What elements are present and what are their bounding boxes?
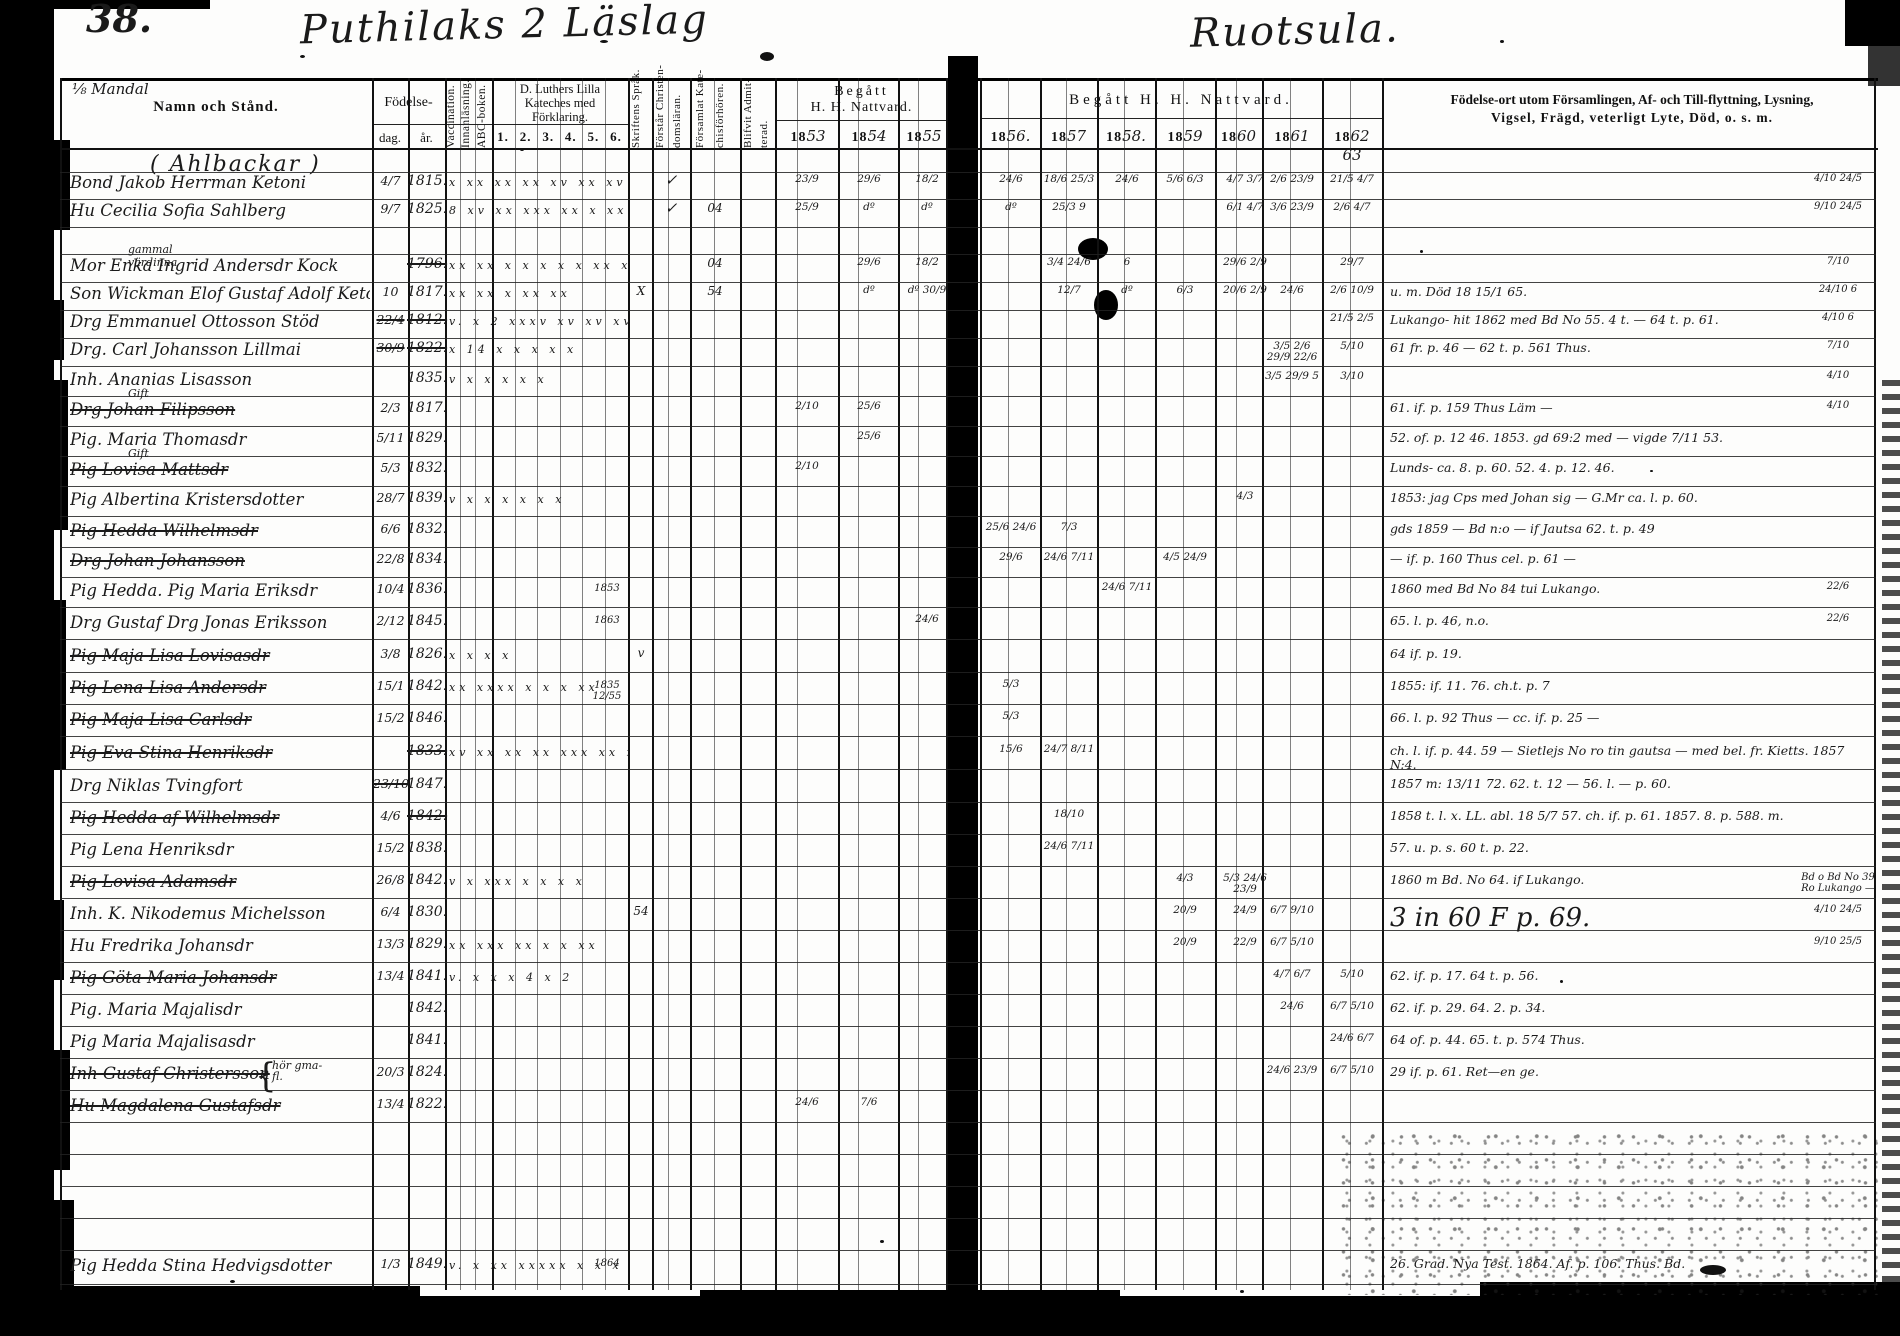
kateches-subcolumn-number: 3. (537, 129, 559, 145)
entry-birth-year: 1841. (407, 968, 447, 984)
entry-communion-date: 6/3 (1157, 285, 1213, 296)
entry-birth-year: 1847. (407, 776, 447, 792)
right-edge-scan-streaks (1882, 380, 1900, 1292)
entry-birth-year: 1822. (407, 1096, 447, 1112)
entry-name: Pig Albertina Kristersdotter (70, 490, 370, 509)
entry-birth-day: 2/12 (373, 613, 408, 628)
entry-communion-date: 24/7 8/11 (1041, 744, 1097, 755)
entry-note: 64 of. p. 44. 65. t. p. 574 Thus. (1390, 1033, 1868, 1047)
entry-catechism-exam-mark: 04 (692, 201, 738, 215)
entry-name: Drg Emmanuel Ottosson Stöd (70, 312, 370, 331)
row-line (60, 639, 1876, 640)
row-line (60, 547, 1876, 548)
entry-margin-mark: 4/10 24/5 (1800, 904, 1876, 915)
kateches-subcolumn-number: 5. (582, 129, 604, 145)
entry-communion-date: 2/6 10/9 (1324, 285, 1380, 296)
table-top-border (60, 78, 1878, 81)
entry-communion-date: 18/2 (899, 257, 955, 268)
entry-mid-note: 1835 12/55 (584, 680, 630, 702)
entry-note: gds 1859 — Bd n:o — if Jautsa 62. t. p. … (1390, 522, 1868, 536)
entry-communion-date: 5/3 24/6 23/9 (1217, 873, 1273, 895)
entry-note: u. m. Död 18 15/1 65. (1390, 285, 1868, 299)
row-line (60, 516, 1876, 517)
entry-communion-date: 5/10 (1324, 969, 1380, 980)
entry-name: Pig Maja Lisa Carlsdr (70, 710, 370, 729)
entry-margin-mark: 9/10 24/5 (1800, 201, 1876, 212)
entry-reading-marks: x x x x (449, 649, 629, 662)
entry-margin-mark: 9/10 25/5 (1800, 936, 1876, 947)
entry-birth-year: 1849. (407, 1256, 447, 1272)
entry-communion-date: dº (983, 202, 1039, 213)
entry-mid-note: 1853 (584, 583, 630, 594)
entry-birth-day: 1/3 (373, 1256, 408, 1271)
entry-communion-date: 6/7 5/10 (1264, 937, 1320, 948)
year-prefix: 18 (1274, 130, 1290, 145)
row-line (60, 282, 1876, 283)
entry-birth-day: 13/4 (373, 1096, 408, 1111)
year-suffix-handwritten: 56. (1007, 127, 1031, 145)
year-suffix-handwritten: 61 (1290, 127, 1309, 145)
entry-name: Pig Lena Henriksdr (70, 840, 370, 859)
entry-name: Drg Johan Filipsson (70, 400, 370, 419)
scan-blotch (54, 140, 70, 230)
entry-reading-marks: v. x 2 xxxv xv xv xv xv (449, 315, 629, 328)
row-line (60, 994, 1876, 995)
row-line (60, 486, 1876, 487)
entry-communion-date: 2/10 (779, 461, 835, 472)
year-suffix-handwritten: 53 (806, 127, 825, 145)
entry-margin-mark: 22/6 (1800, 613, 1876, 624)
column-line (652, 78, 654, 1290)
entry-birth-day: 3/8 (373, 646, 408, 661)
scan-blotch (54, 1050, 70, 1170)
entry-name: Hu Magdalena Gustafsdr (70, 1096, 370, 1115)
entry-communion-date: 24/6 7/11 (1041, 841, 1097, 852)
entry-note: 61. if. p. 159 Thus Läm — (1390, 401, 1868, 415)
year-suffix-handwritten: 59 (1183, 127, 1202, 145)
village-title-right: Ruotsula. (1189, 5, 1400, 56)
entry-birth-year: 1815. (407, 173, 447, 189)
entry-note: 65. l. p. 46, n.o. (1390, 614, 1868, 628)
entry-communion-date: 6 (1099, 257, 1155, 268)
row-line (60, 1122, 1876, 1123)
kateches-subcolumn-number: 4. (560, 129, 582, 145)
entry-reading-marks: v. x x x 4 x 2 (449, 971, 629, 984)
entry-name: Pig Hedda Wilhelmsdr (70, 521, 370, 540)
row-line (60, 396, 1876, 397)
entry-note: ch. l. if. p. 44. 59 — Sietlejs No ro ti… (1390, 744, 1868, 772)
entry-margin-mark: 4/10 24/5 (1800, 173, 1876, 184)
entry-communion-date: 24/6 23/9 (1264, 1065, 1320, 1076)
entry-annotation-above: gammal värdinna (128, 243, 177, 269)
entry-birth-year: 1836. (407, 581, 447, 597)
entry-birth-year: 1830. (407, 904, 447, 920)
header-bottom-border (60, 148, 1878, 150)
year-prefix: 18 (1167, 130, 1183, 145)
year-prefix: 18 (851, 130, 867, 145)
entry-margin-mark: 7/10 (1800, 256, 1876, 267)
row-line (60, 1090, 1876, 1091)
entry-name: Pig Maria Majalisasdr (70, 1032, 370, 1051)
row-line (60, 426, 1876, 427)
scan-speck (1420, 250, 1423, 253)
row-line (60, 338, 1876, 339)
entry-note: 66. l. p. 92 Thus — cc. if. p. 25 — (1390, 711, 1868, 725)
entry-birth-day: 5/11 (373, 430, 408, 445)
row-line (60, 1250, 1876, 1251)
entry-communion-date: 6/7 5/10 (1324, 1001, 1380, 1012)
row-line (60, 704, 1876, 705)
scan-blotch (54, 900, 64, 980)
entry-mid-note: 1864 (584, 1258, 630, 1269)
entry-communion-date: 29/6 (983, 552, 1039, 563)
entry-communion-date: 18/10 (1041, 809, 1097, 820)
column-header-communion-left-line1: Begått (775, 84, 948, 100)
entry-communion-date: 6/7 5/10 (1324, 1065, 1380, 1076)
row-line (60, 1058, 1876, 1059)
entry-reading-marks: v x xxx x x x x (449, 875, 629, 888)
entry-birth-year: 1846. (407, 710, 447, 726)
row-line (60, 672, 1876, 673)
entry-birth-year: 1817. (407, 284, 447, 300)
entry-birth-year: 1826. (407, 646, 447, 662)
entry-note: Lukango- hit 1862 med Bd No 55. 4 t. — 6… (1390, 313, 1868, 327)
entry-birth-day: 5/3 (373, 460, 408, 475)
column-line (980, 78, 982, 1290)
page-number: 38. (86, 0, 152, 41)
entry-birth-day: 6/4 (373, 904, 408, 919)
entry-communion-date: 24/6 (1099, 174, 1155, 185)
entry-birth-year: 1829. (407, 430, 447, 446)
row-line (60, 310, 1876, 311)
entry-scripture-mark: 54 (630, 904, 652, 918)
entry-birth-year: 1796. (407, 256, 447, 272)
scan-blotch (54, 300, 64, 360)
entry-name: Hu Fredrika Johansdr (70, 936, 370, 955)
entry-catechism-exam-mark: 54 (692, 284, 738, 298)
year-prefix: 18 (1106, 130, 1122, 145)
entry-reading-marks: xx xx x x x x x xx xx (449, 259, 629, 272)
scan-speck (760, 52, 774, 61)
entry-note: 1853: jag Cps med Johan sig — G.Mr ca. l… (1390, 491, 1868, 505)
entry-birth-year: 1838. (407, 840, 447, 856)
entry-birth-day: 2/3 (373, 400, 408, 415)
entry-birth-day: 22/8 (373, 551, 408, 566)
year-suffix-handwritten: 55 (922, 127, 941, 145)
entry-name: Drg Niklas Tvingfort (70, 776, 370, 795)
entry-name: Mor Enka Ingrid Andersdr Kock (70, 256, 370, 275)
entry-name: Pig Lovisa Adamsdr (70, 872, 370, 891)
row-line (60, 1186, 1876, 1187)
entry-name: Pig Hedda af Wilhelmsdr (70, 808, 370, 827)
entry-communion-date: 7/3 (1041, 522, 1097, 533)
entry-birth-year: 1833. (407, 743, 447, 759)
entry-communion-date: 25/6 24/6 (983, 522, 1039, 533)
entry-communion-date: dº (899, 202, 955, 213)
entry-communion-date: 3/6 23/9 (1264, 202, 1320, 213)
year-header-1860s: 1860 (1218, 127, 1259, 146)
scan-speck (1500, 40, 1504, 43)
entry-name: Pig Lovisa Mattsdr (70, 460, 370, 479)
row-line (60, 962, 1876, 963)
column-line (1382, 78, 1384, 1290)
row-line (60, 1218, 1876, 1219)
row-line (60, 456, 1876, 457)
column-header-admitted-line1: Blifvit Admit- (742, 80, 758, 148)
entry-communion-date: 3/5 2/6 29/9 22/6 (1264, 341, 1320, 363)
entry-annotation-above: Gift (128, 387, 149, 400)
entry-birth-year: 1835. (407, 370, 447, 386)
column-header-catechism-exam-line2: chisförhören. (714, 80, 734, 148)
entry-margin-mark: 24/10 6 (1800, 284, 1876, 295)
entry-communion-date: 24/6 7/11 (1041, 552, 1097, 563)
year-suffix-handwritten: 57 (1067, 127, 1086, 145)
row-line (60, 199, 1876, 200)
column-line (838, 78, 840, 1290)
row-line (60, 577, 1876, 578)
column-header-name: Namn och Stånd. (60, 99, 372, 116)
entry-birth-day: 23/10 (373, 776, 408, 791)
column-header-notes-line1: Födelse-ort utom Församlingen, Af- och T… (1386, 92, 1878, 108)
column-subline (797, 78, 798, 1290)
entry-birth-year: 1817. (407, 400, 447, 416)
entry-communion-date: 24/6 7/11 (1099, 582, 1155, 593)
entry-communion-date: 15/6 (983, 744, 1039, 755)
entry-note: 29 if. p. 61. Ret—en ge. (1390, 1065, 1868, 1079)
entry-communion-date: 18/2 (899, 174, 955, 185)
entry-communion-date: 4/7 6/7 (1264, 969, 1320, 980)
entry-communion-date: 3/5 29/9 5 (1264, 371, 1320, 382)
entry-communion-date: 2/10 (779, 401, 835, 412)
entry-birth-day: 26/8 (373, 872, 408, 887)
entry-name: Drg. Carl Johansson Lillmai (70, 340, 370, 359)
entry-understands-check: ✓ (654, 199, 688, 217)
entry-margin-mark: 4/10 (1800, 370, 1876, 381)
entry-name: Son Wickman Elof Gustaf Adolf Ketoni (70, 284, 370, 303)
year-prefix: 18 (991, 130, 1007, 145)
entry-note: 52. of. p. 12 46. 1853. gd 69:2 med — vi… (1390, 431, 1868, 445)
entry-birth-day: 13/4 (373, 968, 408, 983)
entry-birth-year: 1832. (407, 521, 447, 537)
entry-birth-year: 1832. (407, 460, 447, 476)
row-line (60, 607, 1876, 608)
entry-birth-year: 1825. (407, 201, 447, 217)
entry-birth-day: 15/2 (373, 840, 408, 855)
entry-birth-day: 10 (373, 284, 408, 299)
left-edge-scan-border (0, 0, 54, 1336)
entry-birth-year: 1842. (407, 678, 447, 694)
entry-communion-date: 4/3 (1217, 491, 1273, 502)
entry-scripture-mark: X (630, 284, 652, 298)
scanned-parish-register-page: 38. Puthilaks 2 Läslag Ruotsula. ⅛ Manda… (0, 0, 1900, 1336)
entry-birth-year: 1842. (407, 1000, 447, 1016)
entry-communion-date: dº 30/9 (899, 285, 955, 296)
column-header-birth-year: år. (408, 130, 445, 146)
entry-communion-date: dº (841, 202, 897, 213)
entry-birth-year: 1829. (407, 936, 447, 952)
entry-name: Inh. K. Nikodemus Michelsson (70, 904, 370, 923)
column-header-communion-left-line2: H. H. Nattvard. (775, 100, 948, 116)
entry-note: 64 if. p. 19. (1390, 647, 1868, 661)
village-title-left: Puthilaks 2 Läslag (299, 0, 709, 53)
entry-communion-date: 24/6 (1264, 285, 1320, 296)
entry-communion-date: 6/7 9/10 (1264, 905, 1320, 916)
year-suffix-handwritten: 54 (867, 127, 886, 145)
entry-communion-date: 29/7 (1324, 257, 1380, 268)
entry-communion-date: 25/3 9 (1041, 202, 1097, 213)
entry-communion-date: 5/6 6/3 (1157, 174, 1213, 185)
entry-name: Inh. Ananias Lisasson (70, 370, 370, 389)
row-line (60, 1154, 1876, 1155)
year-header-1860s: 1859 (1158, 127, 1212, 146)
entry-margin-mark: 4/10 (1800, 400, 1876, 411)
entry-reading-marks: 8 xv xx xxx xx x xx xx x (449, 204, 629, 217)
entry-name: Pig Lena Lisa Andersdr (70, 678, 370, 697)
year-header-1850s: 1853 (781, 127, 835, 146)
entry-communion-date: 5/3 (983, 679, 1039, 690)
entry-name: Bond Jakob Herrman Ketoni (70, 173, 370, 192)
entry-scripture-mark: v (630, 646, 652, 660)
column-header-understands-line2: domsläran. (671, 80, 688, 148)
entry-communion-date: 29/6 (841, 174, 897, 185)
entry-reading-marks: v x x x x x (449, 373, 629, 386)
header-sub-border (372, 124, 628, 125)
year-prefix: 18 (790, 130, 806, 145)
scan-speck (880, 1240, 884, 1243)
kateches-subcolumn-number: 2. (515, 129, 537, 145)
entry-birth-year: 1824. (407, 1064, 447, 1080)
bottom-edge-scan-border (0, 1296, 1900, 1336)
scan-blotch (54, 1200, 74, 1296)
entry-brace-note: hör gma- fl. (272, 1060, 332, 1082)
entry-birth-day: 6/6 (373, 521, 408, 536)
entry-communion-date: 18/6 25/3 (1041, 174, 1097, 185)
row-line (60, 227, 1876, 228)
scan-speck (1650, 470, 1653, 472)
entry-communion-date: 2/6 23/9 (1264, 174, 1320, 185)
entry-communion-date: 29/6 2/9 (1217, 257, 1273, 268)
column-subline (668, 78, 669, 1290)
scan-speck (520, 148, 524, 151)
entry-catechism-exam-mark: 04 (692, 256, 738, 270)
column-header-birth-day: dag. (372, 130, 408, 146)
center-gutter-shadow (948, 56, 978, 1294)
entry-communion-date: 24/6 (899, 614, 955, 625)
entry-note: 1857 m: 13/11 72. 62. t. 12 — 56. l. — p… (1390, 777, 1868, 791)
row-line (60, 866, 1876, 867)
header-sub-border (775, 120, 948, 121)
entry-communion-date: 21/5 4/7 (1324, 174, 1380, 185)
column-header-catechism-exam-line1: Församlat Kate- (694, 80, 714, 148)
column-line (740, 78, 742, 1290)
entry-communion-date: 4/3 (1157, 873, 1213, 884)
entry-birth-day: 4/6 (373, 808, 408, 823)
entry-birth-day: 13/3 (373, 936, 408, 951)
column-subline (1290, 78, 1291, 1290)
column-header-abc-book: ABC-boken. (476, 80, 491, 148)
row-line (60, 1284, 1876, 1285)
entry-birth-year: 1822. (407, 340, 447, 356)
entry-communion-date: 20/9 (1157, 937, 1213, 948)
entry-communion-date: dº (1099, 285, 1155, 296)
entry-birth-day: 9/7 (373, 201, 408, 216)
entry-note: 62. if. p. 17. 64 t. p. 56. (1390, 969, 1868, 983)
entry-communion-date: 3/10 (1324, 371, 1380, 382)
scan-blotch (700, 1290, 1120, 1298)
entry-communion-date: 25/9 (779, 202, 835, 213)
scan-blotch (0, 1286, 420, 1298)
entry-name: Drg Johan Johansson (70, 551, 370, 570)
column-header-reading: Innanläsning. (460, 80, 475, 148)
entry-birth-year: 1841. (407, 1032, 447, 1048)
row-line (60, 898, 1876, 899)
entry-note: 1855: if. 11. 76. ch.t. p. 7 (1390, 679, 1868, 693)
entry-communion-date: 7/6 (841, 1097, 897, 1108)
year-suffix-handwritten: 58. (1122, 127, 1146, 145)
scan-speck (1240, 1290, 1244, 1293)
entry-birth-day: 4/7 (373, 173, 408, 188)
entry-communion-date: 24/6 6/7 (1324, 1033, 1380, 1044)
entry-note: 26. Grad. Nya Test. 1864. Af. p. 106. Th… (1390, 1257, 1868, 1271)
entry-communion-date: 21/5 2/5 (1324, 313, 1380, 324)
top-right-scan-border (1845, 0, 1900, 46)
entry-communion-date: 23/9 (779, 174, 835, 185)
column-header-admitted-line2: terad. (758, 80, 774, 148)
scan-speck (1560, 980, 1563, 983)
year-header-1850s: 1854 (843, 127, 895, 146)
scan-speck (600, 40, 608, 43)
scan-speck (230, 1280, 235, 1283)
entry-note: 62. if. p. 29. 64. 2. p. 34. (1390, 1001, 1868, 1015)
column-line (775, 78, 777, 1290)
row-line (60, 736, 1876, 737)
column-header-scripture-language: Skriftens Språk. (630, 80, 650, 148)
entry-birth-day: 15/1 (373, 678, 408, 693)
entry-birth-year: 1842. (407, 872, 447, 888)
entry-communion-date: 12/7 (1041, 285, 1097, 296)
entry-communion-date: dº (841, 285, 897, 296)
year-header-1860s: 1862 63 (1325, 127, 1379, 165)
entry-reading-marks: x xx xx xx xv xx xv xx xx (449, 176, 629, 189)
entry-name: Pig Hedda Stina Hedvigsdotter (70, 1256, 370, 1275)
year-header-1860s: 1861 (1265, 127, 1319, 146)
scan-speck (300, 55, 305, 58)
year-suffix-handwritten: 60 (1237, 127, 1256, 145)
entry-note: 1858 t. l. x. LL. abl. 18 5/7 57. ch. if… (1390, 809, 1868, 823)
column-line (1155, 78, 1157, 1290)
entry-name: Pig Göta Maria Johansdr (70, 968, 370, 987)
entry-name: Pig Eva Stina Henriksdr (70, 743, 370, 762)
entry-birth-day: 22/4 (373, 312, 408, 327)
entry-reading-marks: xv xx xx xx xxx xx xx (449, 746, 629, 759)
entry-communion-date: 25/6 (841, 431, 897, 442)
year-prefix: 18 (1221, 130, 1237, 145)
year-prefix: 18 (906, 130, 922, 145)
entry-name: Drg Gustaf Drg Jonas Eriksson (70, 613, 370, 632)
entry-birth-year: 1842. (407, 808, 447, 824)
entry-reading-marks: xx xx x xx xx (449, 287, 629, 300)
entry-birth-year: 1839. (407, 490, 447, 506)
entry-communion-date: 20/9 (1157, 905, 1213, 916)
entry-annotation-above: Gift (128, 447, 149, 460)
entry-birth-year: 1834. (407, 551, 447, 567)
row-line (60, 834, 1876, 835)
entry-birth-year: 1845. (407, 613, 447, 629)
entry-name: Pig Hedda. Pig Maria Eriksdr (70, 581, 370, 600)
entry-note: Lunds- ca. 8. p. 60. 52. 4. p. 12. 46. (1390, 461, 1868, 475)
entry-margin-mark: 4/10 6 (1800, 312, 1876, 323)
entry-communion-date: 29/6 (841, 257, 897, 268)
